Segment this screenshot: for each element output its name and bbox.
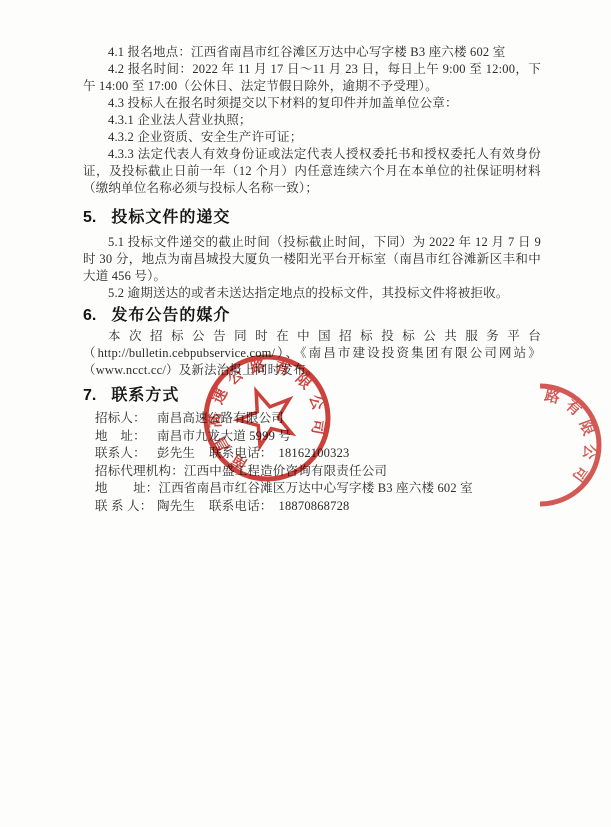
section-5-heading: 5.投标文件的递交 [83,207,541,229]
heading-number: 6. [83,307,96,324]
phone-value: 18162100323 [279,446,350,460]
clause-4-3: 4.3 投标人在报名时须提交以下材料的复印件并加盖单位公章： [83,95,541,112]
scanned-document-page: 4.1 报名地点：江西省南昌市红谷滩区万达中心写字楼 B3 座六楼 602 室 … [0,0,611,827]
section-7-heading: 7.联系方式 [83,385,541,407]
contact-row-tenderee: 招标人：南昌高速公路有限公司 [83,410,541,428]
clause-4-1: 4.1 报名地点：江西省南昌市红谷滩区万达中心写字楼 B3 座六楼 602 室 [83,44,541,61]
contact-label: 地 址： [95,428,157,446]
contact-label: 招标人： [95,410,157,428]
contact-value: 彭先生 [157,445,209,463]
clause-5-1: 5.1 投标文件递交的截止时间（投标截止时间，下同）为 2022 年 12 月 … [83,234,541,285]
contact-label: 联系人： [95,445,157,463]
heading-title: 联系方式 [111,387,179,404]
contact-value: 南昌高速公路有限公司 [157,411,284,425]
heading-title: 投标文件的递交 [111,209,230,226]
contact-label: 招标代理机构： [95,464,184,478]
contact-value: 江西中盛工程造价咨询有限责任公司 [184,464,387,478]
contact-value: 江西省南昌市红谷滩区万达中心写字楼 B3 座六楼 602 室 [159,481,473,495]
clause-4-3-2: 4.3.2 企业资质、安全生产许可证； [83,129,541,146]
contact-row-agency: 招标代理机构：江西中盛工程造价咨询有限责任公司 [83,463,541,481]
section-6-heading: 6.发布公告的媒介 [83,305,541,327]
clause-4-3-3: 4.3.3 法定代表人有效身份证或法定代表人授权委托书和授权委托人有效身份证，及… [83,146,541,197]
contact-row-person: 联系人：彭先生联系电话：18162100323 [83,445,541,463]
contact-row-address: 地 址：南昌市九龙大道 5999 号 [83,428,541,446]
contact-row-agency-address: 地 址：江西省南昌市红谷滩区万达中心写字楼 B3 座六楼 602 室 [83,480,541,498]
phone-label: 联系电话： [209,499,273,513]
document-body: 4.1 报名地点：江西省南昌市红谷滩区万达中心写字楼 B3 座六楼 602 室 … [83,44,541,515]
section-4-clauses: 4.1 报名地点：江西省南昌市红谷滩区万达中心写字楼 B3 座六楼 602 室 … [83,44,541,197]
clause-4-3-1: 4.3.1 企业法人营业执照； [83,112,541,129]
heading-title: 发布公告的媒介 [111,307,230,324]
section-6-paragraph: 本次招标公告同时在中国招标投标公共服务平台（http://bulletin.ce… [83,328,541,379]
heading-number: 5. [83,209,96,226]
contact-label: 联 系 人： [95,498,157,516]
contact-value: 南昌市九龙大道 5999 号 [157,429,291,443]
heading-number: 7. [83,387,96,404]
clause-4-2: 4.2 报名时间：2022 年 11 月 17 日～11 月 23 日，每日上午… [83,61,541,95]
contact-value: 陶先生 [157,498,209,516]
contact-row-agency-person: 联 系 人：陶先生联系电话：18870868728 [83,498,541,516]
phone-label: 联系电话： [209,446,273,460]
contact-block: 招标人：南昌高速公路有限公司 地 址：南昌市九龙大道 5999 号 联系人：彭先… [83,410,541,515]
contact-label: 地 址： [95,481,159,495]
phone-value: 18870868728 [279,499,350,513]
clause-5-2: 5.2 逾期送达的或者未送达指定地点的投标文件，其投标文件将被拒收。 [83,285,541,302]
